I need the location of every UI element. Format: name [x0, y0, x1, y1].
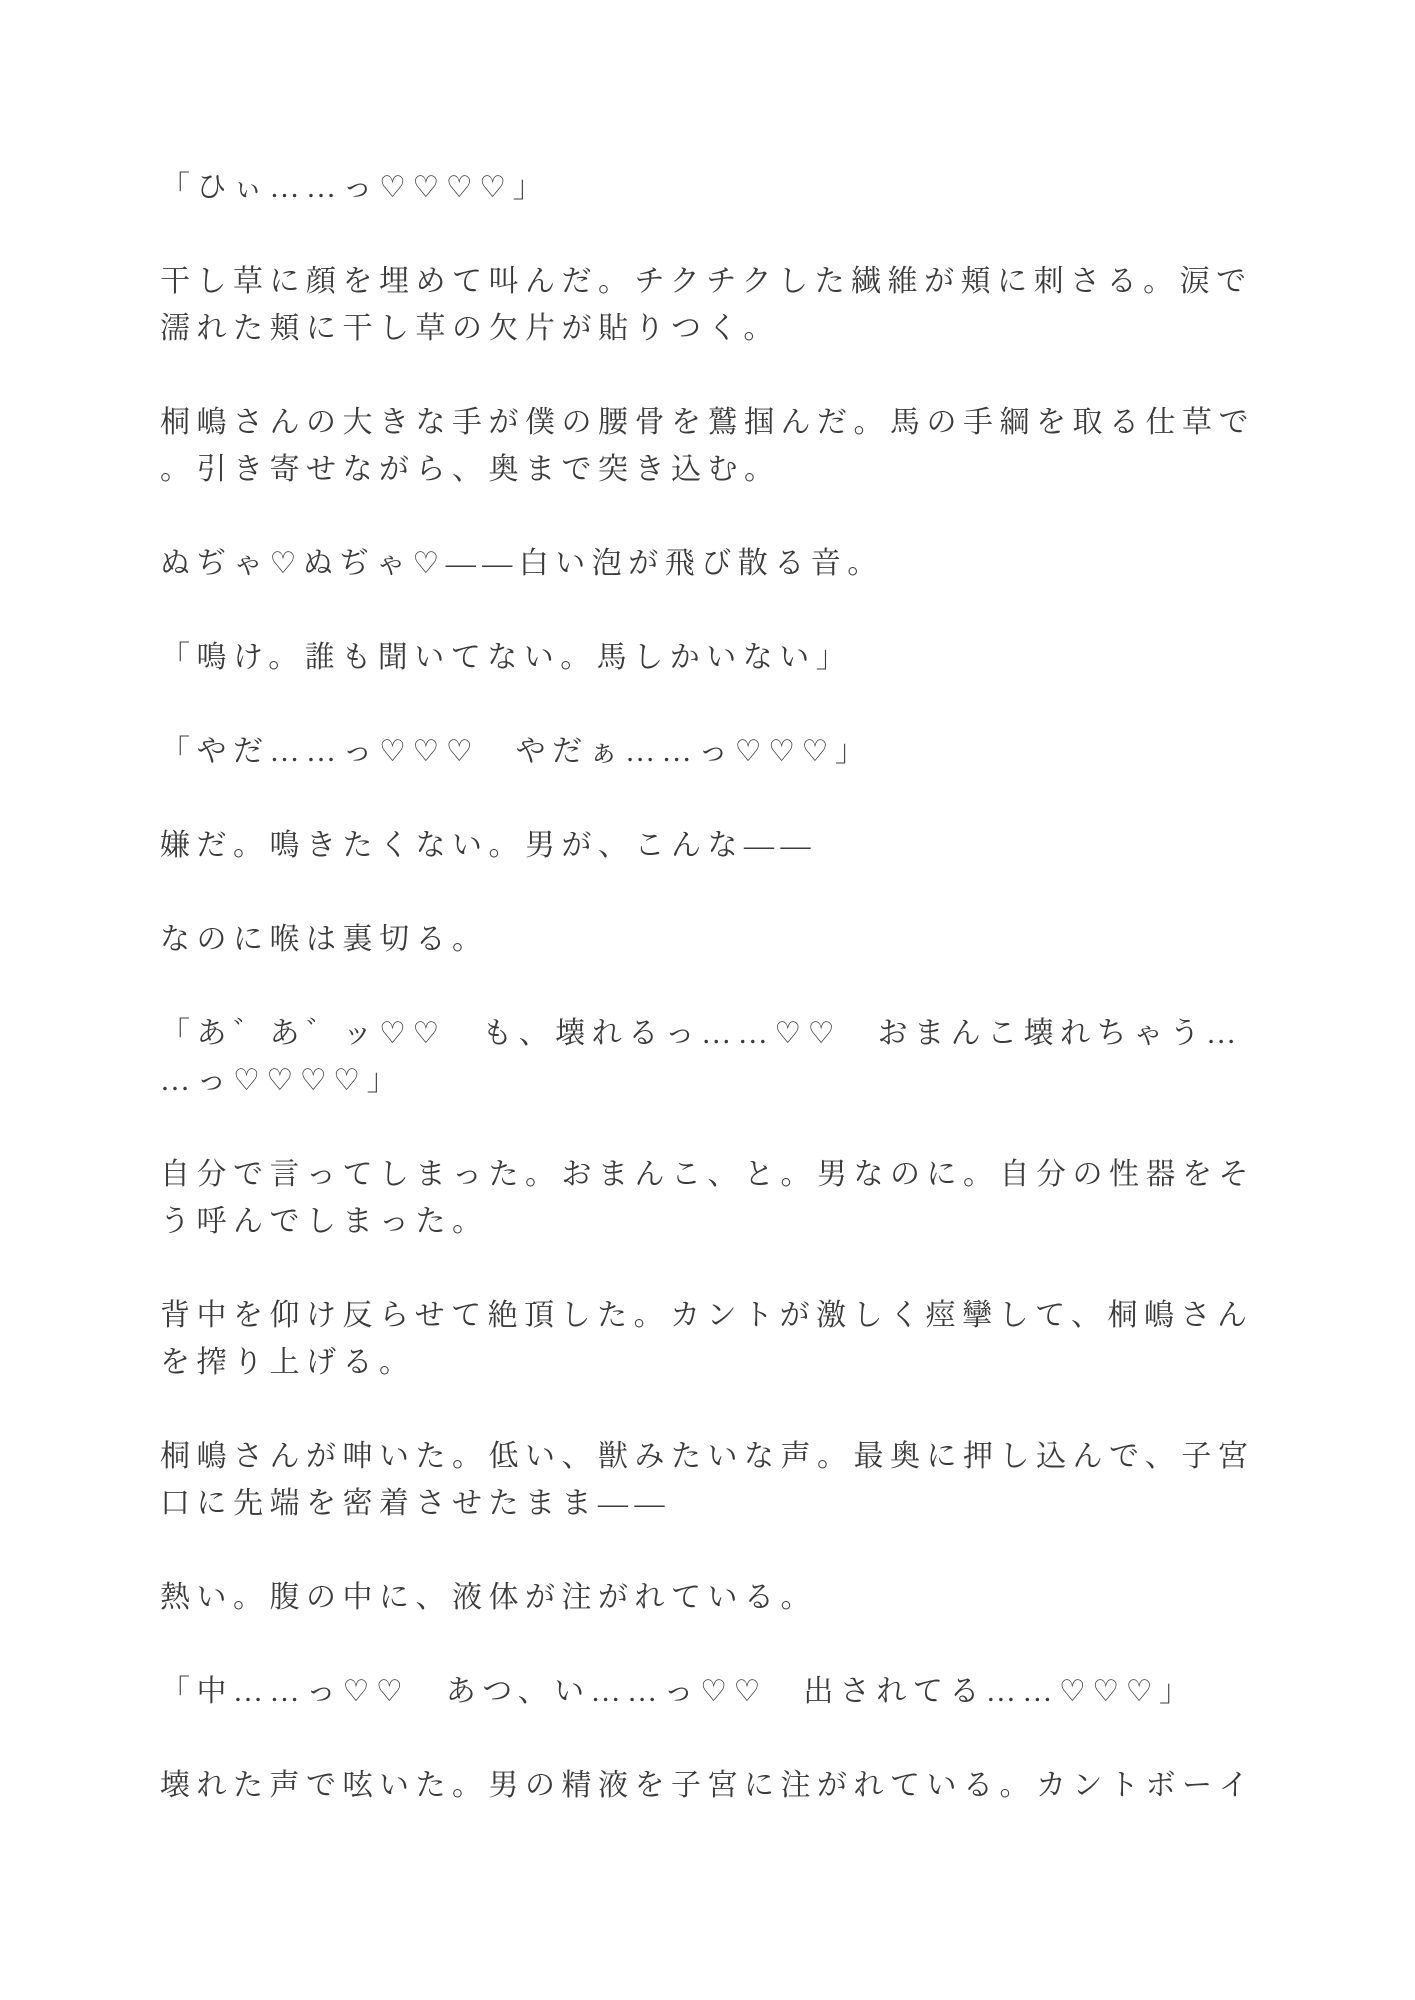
narrative-paragraph: 嫌だ。鳴きたくない。男が、こんな——: [160, 822, 1260, 869]
narrative-paragraph: 壊れた声で呟いた。男の精液を子宮に注がれている。カントボーイ: [160, 1762, 1260, 1809]
dialogue-paragraph: 「ひぃ……っ♡♡♡♡」: [160, 164, 1260, 211]
narrative-paragraph: なのに喉は裏切る。: [160, 916, 1260, 963]
narrative-paragraph: 熱い。腹の中に、液体が注がれている。: [160, 1574, 1260, 1621]
document-page: 「ひぃ……っ♡♡♡♡」 干し草に顔を埋めて叫んだ。チクチクした繊維が頬に刺さる。…: [0, 0, 1415, 2000]
narrative-paragraph: 桐嶋さんが呻いた。低い、獣みたいな声。最奥に押し込んで、子宮 口に先端を密着させ…: [160, 1433, 1260, 1527]
narrative-paragraph: 背中を仰け反らせて絶頂した。カントが激しく痙攣して、桐嶋さん を搾り上げる。: [160, 1292, 1260, 1386]
dialogue-paragraph: 「鳴け。誰も聞いてない。馬しかいない」: [160, 634, 1260, 681]
narrative-paragraph: ぬぢゃ♡ぬぢゃ♡——白い泡が飛び散る音。: [160, 540, 1260, 587]
narrative-paragraph: 桐嶋さんの大きな手が僕の腰骨を鷲掴んだ。馬の手綱を取る仕草で 。引き寄せながら、…: [160, 399, 1260, 493]
dialogue-paragraph: 「やだ……っ♡♡♡ やだぁ……っ♡♡♡」: [160, 728, 1260, 775]
dialogue-paragraph: 「中……っ♡♡ あつ、い……っ♡♡ 出されてる……♡♡♡」: [160, 1668, 1260, 1715]
narrative-paragraph: 自分で言ってしまった。おまんこ、と。男なのに。自分の性器をそ う呼んでしまった。: [160, 1151, 1260, 1245]
narrative-paragraph: 干し草に顔を埋めて叫んだ。チクチクした繊維が頬に刺さる。涙で 濡れた頬に干し草の…: [160, 258, 1260, 352]
dialogue-paragraph: 「あ゛あ゛ッ♡♡ も、壊れるっ……♡♡ おまんこ壊れちゃう… …っ♡♡♡♡」: [160, 1010, 1260, 1104]
